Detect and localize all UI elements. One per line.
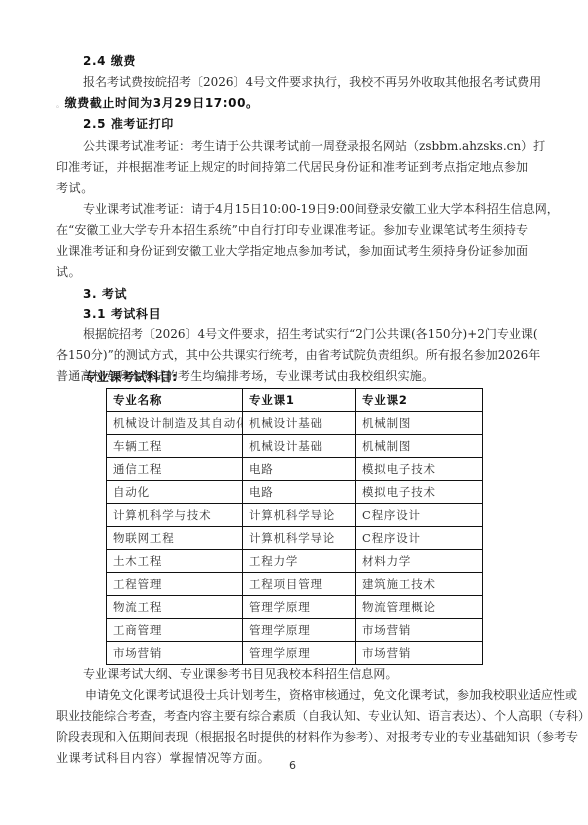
course1-cell: 电路 [243,481,356,504]
document-page: 2.4 缴费 报名考试费按皖招考〔2026〕4号文件要求执行，我校不再另外收取其… [0,0,588,825]
course1-cell: 工程项目管理 [243,573,356,596]
table-row: 市场营销管理学原理市场营销 [107,642,483,665]
course1-cell: 管理学原理 [243,642,356,665]
major-admit-line-2: 在“安徽工业大学专升本招生系统”中自行打印专业课准考证。参加专业课笔试考生须持专 [56,222,528,238]
table-row: 车辆工程机械设计基础机械制图 [107,435,483,458]
major-cell: 物流工程 [107,596,243,619]
header-course-1: 专业课1 [243,389,356,412]
course2-cell: C程序设计 [356,504,483,527]
table-row: 通信工程电路模拟电子技术 [107,458,483,481]
table-row: 自动化电路模拟电子技术 [107,481,483,504]
header-course-2: 专业课2 [356,389,483,412]
section-2-5-heading: 2.5 准考证打印 [83,116,174,132]
course1-cell: 计算机科学导论 [243,504,356,527]
public-admit-line-3: 考试。 [56,180,94,196]
course1-cell: 管理学原理 [243,596,356,619]
course1-cell: 管理学原理 [243,619,356,642]
public-admit-line-1: 公共课考试准考证：考生请于公共课考试前一周登录报名网站（zsbbm.ahzsks… [83,138,529,154]
public-admit-line-2: 印准考证，并根据准考证上规定的时间持第二代居民身份证和准考证到考点指定地点参加 [56,159,528,175]
major-cell: 工商管理 [107,619,243,642]
table-row: 物联网工程计算机科学导论C程序设计 [107,527,483,550]
table-row: 计算机科学与技术计算机科学导论C程序设计 [107,504,483,527]
course2-cell: 市场营销 [356,619,483,642]
course2-cell: C程序设计 [356,527,483,550]
course2-cell: 模拟电子技术 [356,458,483,481]
major-cell: 机械设计制造及其自动化 [107,412,243,435]
course1-cell: 电路 [243,458,356,481]
major-cell: 工程管理 [107,573,243,596]
course2-cell: 机械制图 [356,435,483,458]
course1-cell: 机械设计基础 [243,435,356,458]
veteran-paragraph-line-2: 职业技能综合考查，考查内容主要有综合素质（自我认知、专业认知、语言表达）、个人高… [56,708,528,724]
fee-paragraph-line-2: 。缴费截止时间为3月29日17:00。 [56,95,259,113]
course1-cell: 工程力学 [243,550,356,573]
major-cell: 物联网工程 [107,527,243,550]
table-row: 物流工程管理学原理物流管理概论 [107,596,483,619]
course2-cell: 模拟电子技术 [356,481,483,504]
course2-cell: 市场营销 [356,642,483,665]
major-admit-line-1: 专业课考试准考证：请于4月15日10:00-19日9:00间登录安徽工业大学本科… [83,201,529,217]
course2-cell: 建筑施工技术 [356,573,483,596]
major-cell: 车辆工程 [107,435,243,458]
syllabus-note: 专业课考试大纲、专业课参考书目见我校本科招生信息网。 [83,666,398,682]
major-cell: 市场营销 [107,642,243,665]
header-major: 专业名称 [107,389,243,412]
major-cell: 通信工程 [107,458,243,481]
table-row: 工商管理管理学原理市场营销 [107,619,483,642]
major-admit-line-3: 业课准考证和身份证到安徽工业大学指定地点参加考试，参加面试考生须持身份证参加面 [56,243,528,259]
page-number: 6 [289,759,296,772]
exam-paragraph-line-1: 根据皖招考〔2026〕4号文件要求，招生考试实行“2门公共课(各150分)+2门… [83,326,529,342]
table-row: 土木工程工程力学材料力学 [107,550,483,573]
veteran-paragraph-line-1: 申请免文化课考试退役士兵计划考生，资格审核通过，免文化课考试，参加我校职业适应性… [85,687,529,703]
major-admit-line-4: 试。 [56,264,81,280]
fee-paragraph-line-1: 报名考试费按皖招考〔2026〕4号文件要求执行，我校不再另外收取其他报名考试费用 [83,74,529,90]
table-label: 专业课考试科目: [84,369,178,385]
veteran-paragraph-line-3: 阶段表现和入伍期间表现（根据报名时提供的材料作为参考）、对报考专业的专业基础知识… [56,729,528,745]
subjects-table: 专业名称 专业课1 专业课2 机械设计制造及其自动化机械设计基础机械制图 车辆工… [106,388,483,665]
section-2-4-heading: 2.4 缴费 [83,53,136,69]
course2-cell: 机械制图 [356,412,483,435]
course2-cell: 物流管理概论 [356,596,483,619]
course1-cell: 机械设计基础 [243,412,356,435]
fee-period: 。 [56,100,65,109]
exam-paragraph-line-2: 各150分)”的测试方式，其中公共课实行统考，由省考试院负责组织。所有报名参加2… [56,347,528,363]
veteran-paragraph-line-4: 业课考试科目内容）掌握情况等方面。 [56,750,270,766]
table-row: 工程管理工程项目管理建筑施工技术 [107,573,483,596]
major-cell: 计算机科学与技术 [107,504,243,527]
major-cell: 自动化 [107,481,243,504]
fee-deadline: 缴费截止时间为3月29日17:00。 [65,96,259,110]
major-cell: 土木工程 [107,550,243,573]
section-3-1-heading: 3.1 考试科目 [83,306,161,322]
table-header-row: 专业名称 专业课1 专业课2 [107,389,483,412]
table-row: 机械设计制造及其自动化机械设计基础机械制图 [107,412,483,435]
section-3-heading: 3. 考试 [83,286,127,302]
course2-cell: 材料力学 [356,550,483,573]
course1-cell: 计算机科学导论 [243,527,356,550]
